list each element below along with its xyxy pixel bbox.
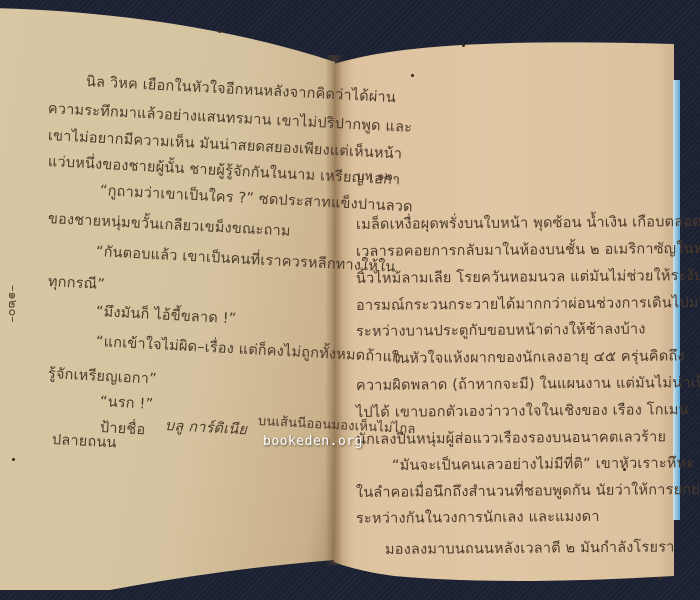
- text-line: ปลายถนน: [51, 428, 117, 454]
- watermark: bookeden.org: [263, 434, 363, 449]
- page-number: –๑๒๐–: [3, 285, 24, 323]
- paper-speck: [411, 74, 414, 77]
- chapter-heading: บท ๑๒.: [357, 167, 397, 186]
- text-line: อารมณ์กระวนกระวายได้มากกว่าผ่อนช่วงการเด…: [356, 291, 700, 317]
- paper-speck: [623, 468, 626, 471]
- text-line: ความผิดพลาด (ถ้าหากจะมี) ในแผนงาน แต่มัน…: [356, 371, 700, 397]
- paper-speck: [12, 458, 15, 461]
- paper-speck: [462, 44, 465, 47]
- text-line: ในหัวใจแห้งผากของนักเลงอายุ ๔๕ ครุ่นคิดถ…: [392, 344, 685, 370]
- text-line: ระหว่างบานประตูกับขอบหน้าต่างให้ช้าลงบ้า…: [356, 317, 646, 343]
- paper-speck: [658, 577, 661, 580]
- text-line: ไปได้ เขาบอกตัวเองว่าวางใจในเชิงของ เรือ…: [356, 398, 689, 424]
- text-line: “มันจะเป็นคนเลวอย่างไม่มีที่ติ” เขาหัวเร…: [392, 451, 695, 477]
- text-line: นิ้วไหม้ลามเลีย โรยควันหอมนวล แต่มันไม่ช…: [356, 264, 700, 290]
- text-line: เวลารอคอยการกลับมาในห้องบนชั้น ๒ อเมริกา…: [356, 237, 700, 263]
- open-book: นิล วิหค เยือกในหัวใจอีกหนหลังจากคิดว่าไ…: [0, 0, 700, 600]
- paper-speck: [218, 30, 221, 33]
- text-line: มองลงมาบนถนนหลังเวลาตี ๒ มันกำลังโรยรา: [385, 535, 675, 561]
- text-line: ในลำคอเมื่อนึกถึงสำนวนที่ชอบพูดกัน นัยว่…: [356, 478, 700, 504]
- text-line: “นรก !”: [99, 390, 153, 416]
- text-line-italic: บลู การ์ดิเนีย: [164, 414, 247, 441]
- text-line: ระหว่างกันในวงการนักเลง และแมงดา: [356, 505, 600, 530]
- text-line: ทุกกรณี”: [47, 270, 105, 296]
- text-line: นักเลงปืนหนุ่มผู้ส่อแววเรืองรองบนอนาคตเล…: [356, 425, 666, 451]
- text-line: เมล็ดเหงื่อผุดพรั่งบนใบหน้า พุดซ้อน น้ำเ…: [356, 210, 700, 236]
